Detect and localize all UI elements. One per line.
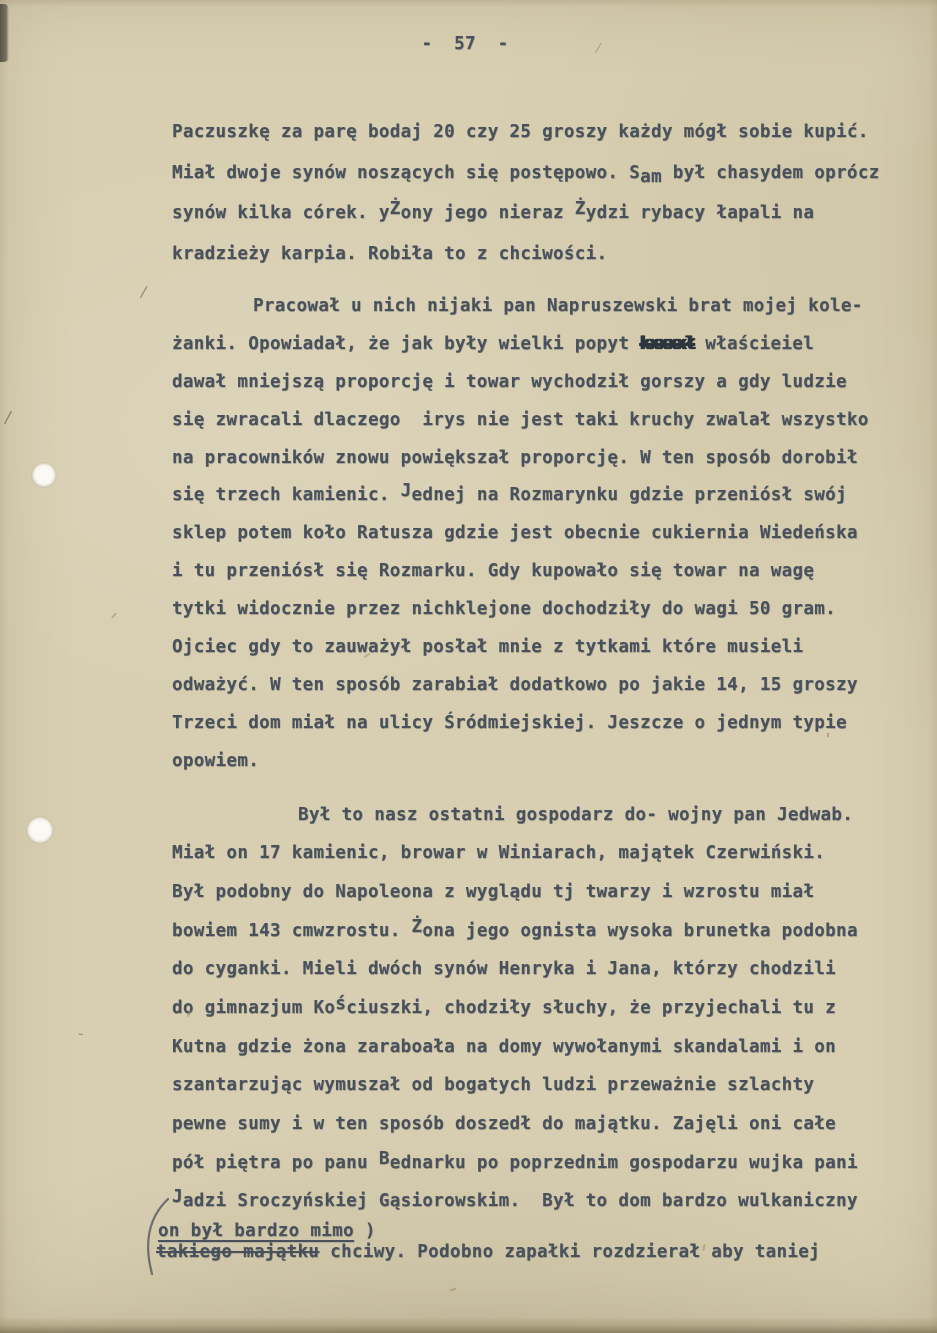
text-segment: chciwy. Podobno zapałki rozdzierał aby t… <box>319 1242 820 1262</box>
text-segment: żanki. Opowiadał, że jak były wielki pop… <box>172 334 640 354</box>
paper-fiber-speck <box>449 1287 456 1291</box>
text-line: on był bardzo mimo ) <box>158 1221 882 1242</box>
text-segment: on był bardzo mimo <box>158 1221 354 1241</box>
text-segment: ciuszki, chodziły słuchy, że przyjechali… <box>346 998 836 1018</box>
text-line: do gimnazjum Kościuszki, chodziły słuchy… <box>172 989 882 1028</box>
text-line: i tu przeniósł się Rozmarku. Gdy kupował… <box>172 553 882 591</box>
text-segment: Był to nasz ostatni gospodarz do- wojny … <box>298 805 853 825</box>
text-segment: Pracował u nich nijaki pan Napruszewski … <box>253 296 863 316</box>
stray-pencil-mark: / <box>139 284 148 301</box>
paragraph: Paczuszkę za parę bodaj 20 czy 25 groszy… <box>172 112 882 274</box>
text-segment: adzi Sroczyńskiej Gąsiorowskim. Był to d… <box>183 1191 858 1211</box>
hole-punch <box>32 463 56 487</box>
text-line: Ojciec gdy to zauważył posłał mnie z tyt… <box>172 629 882 667</box>
text-segment: Miał on 17 kamienic, browar w Winiarach,… <box>172 843 825 863</box>
text-line: takiego majątku chciwy. Podobno zapałki … <box>156 1242 882 1263</box>
text-segment: ś <box>335 994 346 1014</box>
text-segment: ona jego ognista wysoka brunetka podobna <box>422 921 857 941</box>
stray-pencil-mark: ' <box>826 732 830 747</box>
hole-punch <box>27 817 53 843</box>
text-segment: opowiem. <box>172 751 259 771</box>
text-line: Pracował u nich nijaki pan Napruszewski … <box>172 288 882 326</box>
text-segment: tytki widocznie przez nichklejone dochod… <box>172 599 836 619</box>
paragraph: Był to nasz ostatni gospodarz do- wojny … <box>172 796 882 1264</box>
text-segment: bowiem 143 cmwzrostu. <box>172 921 412 941</box>
text-segment: do cyganki. Mieli dwóch synów Henryka i … <box>172 959 836 979</box>
text-segment: ednarku po poprzednim gospodarzu wujka p… <box>390 1153 858 1173</box>
text-segment: Miał dwoje synów noszących się postępowo… <box>172 163 640 183</box>
text-line: pół piętra po panu Bednarku po poprzedni… <box>172 1144 882 1183</box>
text-segment: synów kilka córek. y <box>172 203 390 223</box>
text-segment: szantarzując wymuszał od bogatych ludzi … <box>172 1075 814 1095</box>
text-segment: Ż <box>575 199 586 219</box>
text-segment: B <box>379 1149 390 1169</box>
text-segment: był chasydem oprócz <box>662 163 880 183</box>
text-segment: do gimnazjum Ko <box>172 998 335 1018</box>
text-segment: ony jego nieraz <box>401 203 575 223</box>
text-segment: pół piętra po panu <box>172 1153 379 1173</box>
paragraph: Pracował u nich nijaki pan Napruszewski … <box>172 288 882 781</box>
text-segment: dawał mniejszą proporcję i towar wychodz… <box>172 372 847 392</box>
text-line: Był to nasz ostatni gospodarz do- wojny … <box>172 796 882 835</box>
text-segment: na pracowników znowu powiększał proporcj… <box>172 448 858 468</box>
scanned-typewritten-page: - 57 - Paczuszkę za parę bodaj 20 czy 25… <box>0 0 937 1333</box>
text-line: szantarzując wymuszał od bogatych ludzi … <box>172 1066 882 1105</box>
text-segment: ydzi rybacy łapali na <box>586 203 815 223</box>
text-line: Jadzi Sroczyńskiej Gąsiorowskim. Był to … <box>172 1182 882 1221</box>
text-line: sklep potem koło Ratusza gdzie jest obec… <box>172 515 882 553</box>
paper-fiber-speck <box>111 612 117 619</box>
page-number-header: - 57 - <box>0 34 930 54</box>
text-segment: Ż <box>390 199 401 219</box>
text-line: Miał on 17 kamienic, browar w Winiarach,… <box>172 834 882 873</box>
stray-pencil-mark: - <box>78 1026 84 1042</box>
text-line: się zwracali dlaczego irys nie jest taki… <box>172 402 882 440</box>
text-segment: Trzeci dom miał na ulicy Śródmiejskiej. … <box>172 713 847 733</box>
text-segment: Ojciec gdy to zauważył posłał mnie z tyt… <box>172 637 803 657</box>
handwritten-paren-mark <box>138 1196 180 1278</box>
text-line: do cyganki. Mieli dwóch synów Henryka i … <box>172 950 882 989</box>
text-segment: się trzech kamienic. <box>172 485 401 505</box>
text-line: kradzieży karpia. Robiła to z chciwości. <box>172 234 882 275</box>
text-segment: się zwracali dlaczego irys nie jest taki… <box>172 410 869 430</box>
text-segment: am <box>640 167 662 187</box>
text-segment: kradzieży karpia. Robiła to z chciwości. <box>172 244 607 264</box>
typewritten-text-block: Paczuszkę za parę bodaj 20 czy 25 groszy… <box>172 112 882 1263</box>
text-segment: i tu przeniósł się Rozmarku. Gdy kupował… <box>172 561 814 581</box>
text-line: bowiem 143 cmwzrostu. Żona jego ognista … <box>172 912 882 951</box>
text-line: tytki widocznie przez nichklejone dochod… <box>172 591 882 629</box>
text-line: Był podobny do Napoleona z wyglądu tj tw… <box>172 873 882 912</box>
text-segment: sklep potem koło Ratusza gdzie jest obec… <box>172 523 858 543</box>
text-line: synów kilka córek. yŻony jego nieraz Żyd… <box>172 193 882 234</box>
text-line: dawał mniejszą proporcję i towar wychodz… <box>172 364 882 402</box>
text-segment: ) <box>354 1221 376 1241</box>
text-line: Paczuszkę za parę bodaj 20 czy 25 groszy… <box>172 112 882 153</box>
text-line: odważyć. W ten sposób zarabiał dodatkowo… <box>172 667 882 705</box>
text-segment: pewne sumy i w ten sposób doszedł do maj… <box>172 1114 836 1134</box>
overstruck-word: kxxxxł <box>640 334 694 354</box>
text-segment: właścieiel <box>694 334 814 354</box>
text-segment: Paczuszkę za parę bodaj 20 czy 25 groszy… <box>172 122 869 142</box>
text-segment: takiego majątku <box>156 1242 319 1262</box>
text-segment: odważyć. W ten sposób zarabiał dodatkowo… <box>172 675 858 695</box>
text-line: żanki. Opowiadał, że jak były wielki pop… <box>172 326 882 364</box>
text-line: pewne sumy i w ten sposób doszedł do maj… <box>172 1105 882 1144</box>
text-line: na pracowników znowu powiększał proporcj… <box>172 440 882 478</box>
text-line: Trzeci dom miał na ulicy Śródmiejskiej. … <box>172 705 882 743</box>
stray-pencil-mark: / <box>4 410 13 428</box>
text-segment: Kutna gdzie żona zaraboała na domy wywoł… <box>172 1037 836 1057</box>
text-line: opowiem. <box>172 743 882 781</box>
text-segment: Był podobny do Napoleona z wyglądu tj tw… <box>172 882 814 902</box>
text-line: się trzech kamienic. Jednej na Rozmarynk… <box>172 477 882 515</box>
text-line: Miał dwoje synów noszących się postępowo… <box>172 153 882 194</box>
text-line: Kutna gdzie żona zaraboała na domy wywoł… <box>172 1028 882 1067</box>
text-segment: Ż <box>412 917 423 937</box>
text-segment: J <box>401 481 412 501</box>
text-segment: ednej na Rozmarynku gdzie przeniósł swój <box>412 485 847 505</box>
